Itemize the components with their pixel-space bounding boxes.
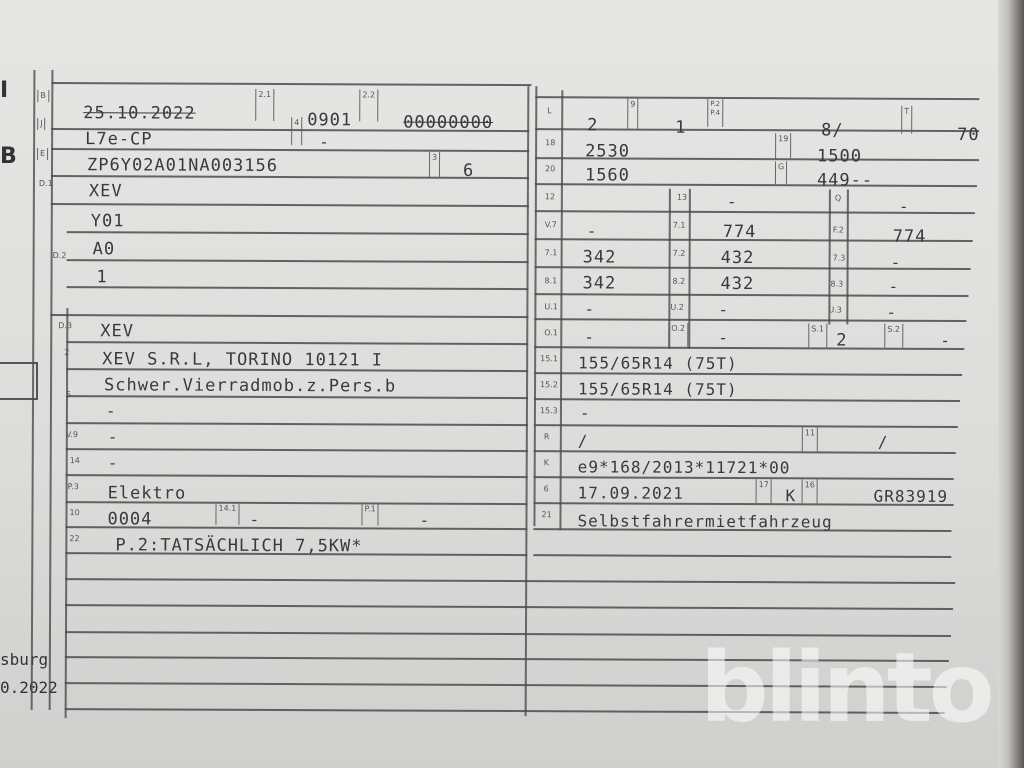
type-key: 00000000: [403, 114, 493, 132]
body-type-2: -: [106, 402, 117, 420]
registration-date: 25.10.2022: [83, 104, 195, 122]
tyre-15-2-value: 155/65R14 (75T): [578, 380, 738, 399]
form-center-divider-2: [533, 86, 537, 526]
field-3-value: 6: [463, 162, 474, 180]
height-value: 1560: [585, 166, 630, 184]
field-code-19: 19: [775, 133, 791, 159]
body-type: Schwer.Vierradmob.z.Pers.b: [104, 376, 396, 395]
field-code-d3: D.3: [56, 320, 74, 332]
field-p1-value: -: [419, 512, 430, 530]
field-code-s2: S.2: [884, 324, 903, 348]
field-14-1-value: -: [249, 511, 260, 529]
axle-8-2-value: 432: [720, 275, 754, 293]
field-21-value: Selbstfahrermietfahrzeug: [577, 512, 832, 531]
field-code-p3: P.3: [68, 482, 79, 491]
width-value: 1500: [817, 147, 862, 165]
length-value: 2530: [585, 142, 630, 160]
field-code-2-2: 2.2: [359, 89, 378, 121]
form-border-left: [31, 70, 36, 710]
axle-7-3-value: -: [891, 254, 902, 272]
field-code-11: 11: [802, 427, 818, 451]
remarks: P.2:TATSÄCHLICH 7,5KW*: [115, 536, 362, 555]
field-code-d1: D.1: [37, 178, 55, 190]
field-code-e: E: [37, 148, 48, 160]
field-code-r: R: [544, 432, 550, 441]
make: XEV: [89, 182, 123, 200]
field-code-5: 5: [66, 390, 71, 399]
top-speed-value: 70: [957, 126, 980, 144]
field-code-21: 21: [541, 510, 551, 519]
field-f1-value: 774: [723, 223, 757, 241]
trade-name: XEV: [100, 322, 134, 340]
field-4-value: -: [319, 133, 330, 151]
field-code-j: J: [37, 118, 45, 130]
field-code-v7: V.7: [545, 220, 557, 229]
vin: ZP6Y02A01NA003156: [87, 156, 278, 175]
field-s2-value: -: [940, 332, 951, 350]
field-code-f1: 7.1: [673, 221, 686, 230]
field-code-p1: P.1: [361, 503, 378, 525]
fuel-type: Elektro: [108, 484, 187, 502]
field-v7-value: -: [587, 222, 598, 240]
form-right-code-col: [559, 90, 563, 530]
type-line-1: Y01: [91, 212, 125, 230]
tyre-15-1-value: 155/65R14 (75T): [578, 354, 738, 373]
field-f2-value: 774: [893, 228, 927, 246]
manufacturer-address: XEV S.R.L, TORINO 10121 I: [102, 350, 383, 369]
field-code-17: 17: [756, 479, 772, 503]
form-center-divider: [525, 86, 530, 716]
manufacturer-key: 0901: [307, 111, 352, 129]
field-code-12: 12: [545, 192, 555, 201]
mass-value: 449--: [817, 171, 873, 189]
field-code-7-3: 7.3: [833, 253, 846, 262]
field-10-value: 0004: [107, 510, 152, 528]
field-code-22: 22: [69, 534, 79, 543]
field-code-7-1: 7.1: [545, 248, 558, 257]
field-code-8-2: 8.2: [673, 277, 686, 286]
field-o2-value: -: [718, 329, 729, 347]
field-code-16: 16: [802, 479, 818, 503]
type-approval-number: e9*168/2013*11721*00: [578, 458, 791, 477]
field-code-k: K: [544, 458, 549, 467]
field-u1-value: -: [584, 300, 595, 318]
field-o1-value: -: [584, 328, 595, 346]
field-code-b: B: [37, 90, 49, 102]
field-code-3: 3: [429, 152, 440, 178]
field-code-o1: O.1: [544, 328, 558, 337]
type-line-3: 1: [96, 268, 107, 286]
field-code-14: 14: [70, 456, 80, 465]
field-code-g: G: [775, 161, 787, 185]
field-code-6: 6: [544, 484, 549, 493]
axle-8-3-value: -: [888, 278, 899, 296]
field-code-7-2: 7.2: [673, 249, 686, 258]
field-code-13: 13: [677, 193, 687, 202]
field-code-20: 20: [545, 164, 555, 173]
field-code-v9: V.9: [66, 430, 78, 439]
field-code-p2-p4: P.2 P.4: [707, 99, 723, 127]
axle-8-1-value: 342: [582, 274, 616, 292]
seats-value: 2: [836, 331, 847, 349]
field-11-value: /: [878, 434, 889, 452]
field-code-15-2: 15.2: [540, 380, 558, 389]
tyre-15-3-value: -: [580, 404, 591, 422]
field-code-8-1: 8.1: [545, 276, 558, 285]
field-code-14-1: 14.1: [215, 503, 239, 525]
vehicle-class: L7e-CP: [85, 130, 152, 148]
field-code-8-3: 8.3: [830, 279, 843, 288]
emission-class: -: [108, 428, 119, 446]
field-code-4: 4: [291, 117, 302, 145]
field-code-f2: F.2: [833, 225, 844, 234]
axle-7-1-value: 342: [583, 248, 617, 266]
field-code-u3: U.3: [828, 305, 842, 314]
field-code-9: 9: [627, 99, 638, 129]
approval-date: 17.09.2021: [578, 484, 684, 502]
field-code-15-1: 15.1: [540, 354, 558, 363]
field-u2-value: -: [718, 301, 729, 319]
field-code-u2: U.2: [670, 303, 684, 312]
watermark-logo: blinto: [700, 640, 991, 736]
field-code-2-1: 2.1: [255, 89, 274, 121]
field-code-d2: D.2: [51, 250, 69, 262]
power-value: 8/: [821, 121, 844, 139]
field-code-u1: U.1: [544, 302, 558, 311]
field-code-18: 18: [545, 138, 555, 147]
form-border-left-inner: [49, 70, 54, 710]
field-u3-value: -: [886, 304, 897, 322]
field-code-q: Q: [835, 193, 841, 202]
color-value: /: [578, 432, 589, 450]
axles-value: 2: [587, 116, 598, 134]
field-code-2: 2: [64, 348, 69, 357]
driven-axles-value: 1: [675, 119, 686, 137]
field-code-15-3: 15.3: [540, 406, 558, 415]
field-16-value: GR83919: [874, 488, 949, 506]
field-code-l: L: [547, 106, 552, 115]
field-14-value: -: [108, 454, 119, 472]
field-code-o2: O.2: [668, 323, 688, 347]
field-q-value: -: [899, 198, 910, 216]
field-code-t: T: [901, 106, 912, 134]
axle-7-2-value: 432: [721, 249, 755, 267]
field-13-value: -: [727, 193, 738, 211]
type-line-2: A0: [93, 240, 116, 258]
field-code-10: 10: [69, 508, 79, 517]
field-17-value: K: [786, 487, 797, 505]
field-code-s1: S.1: [808, 323, 827, 347]
